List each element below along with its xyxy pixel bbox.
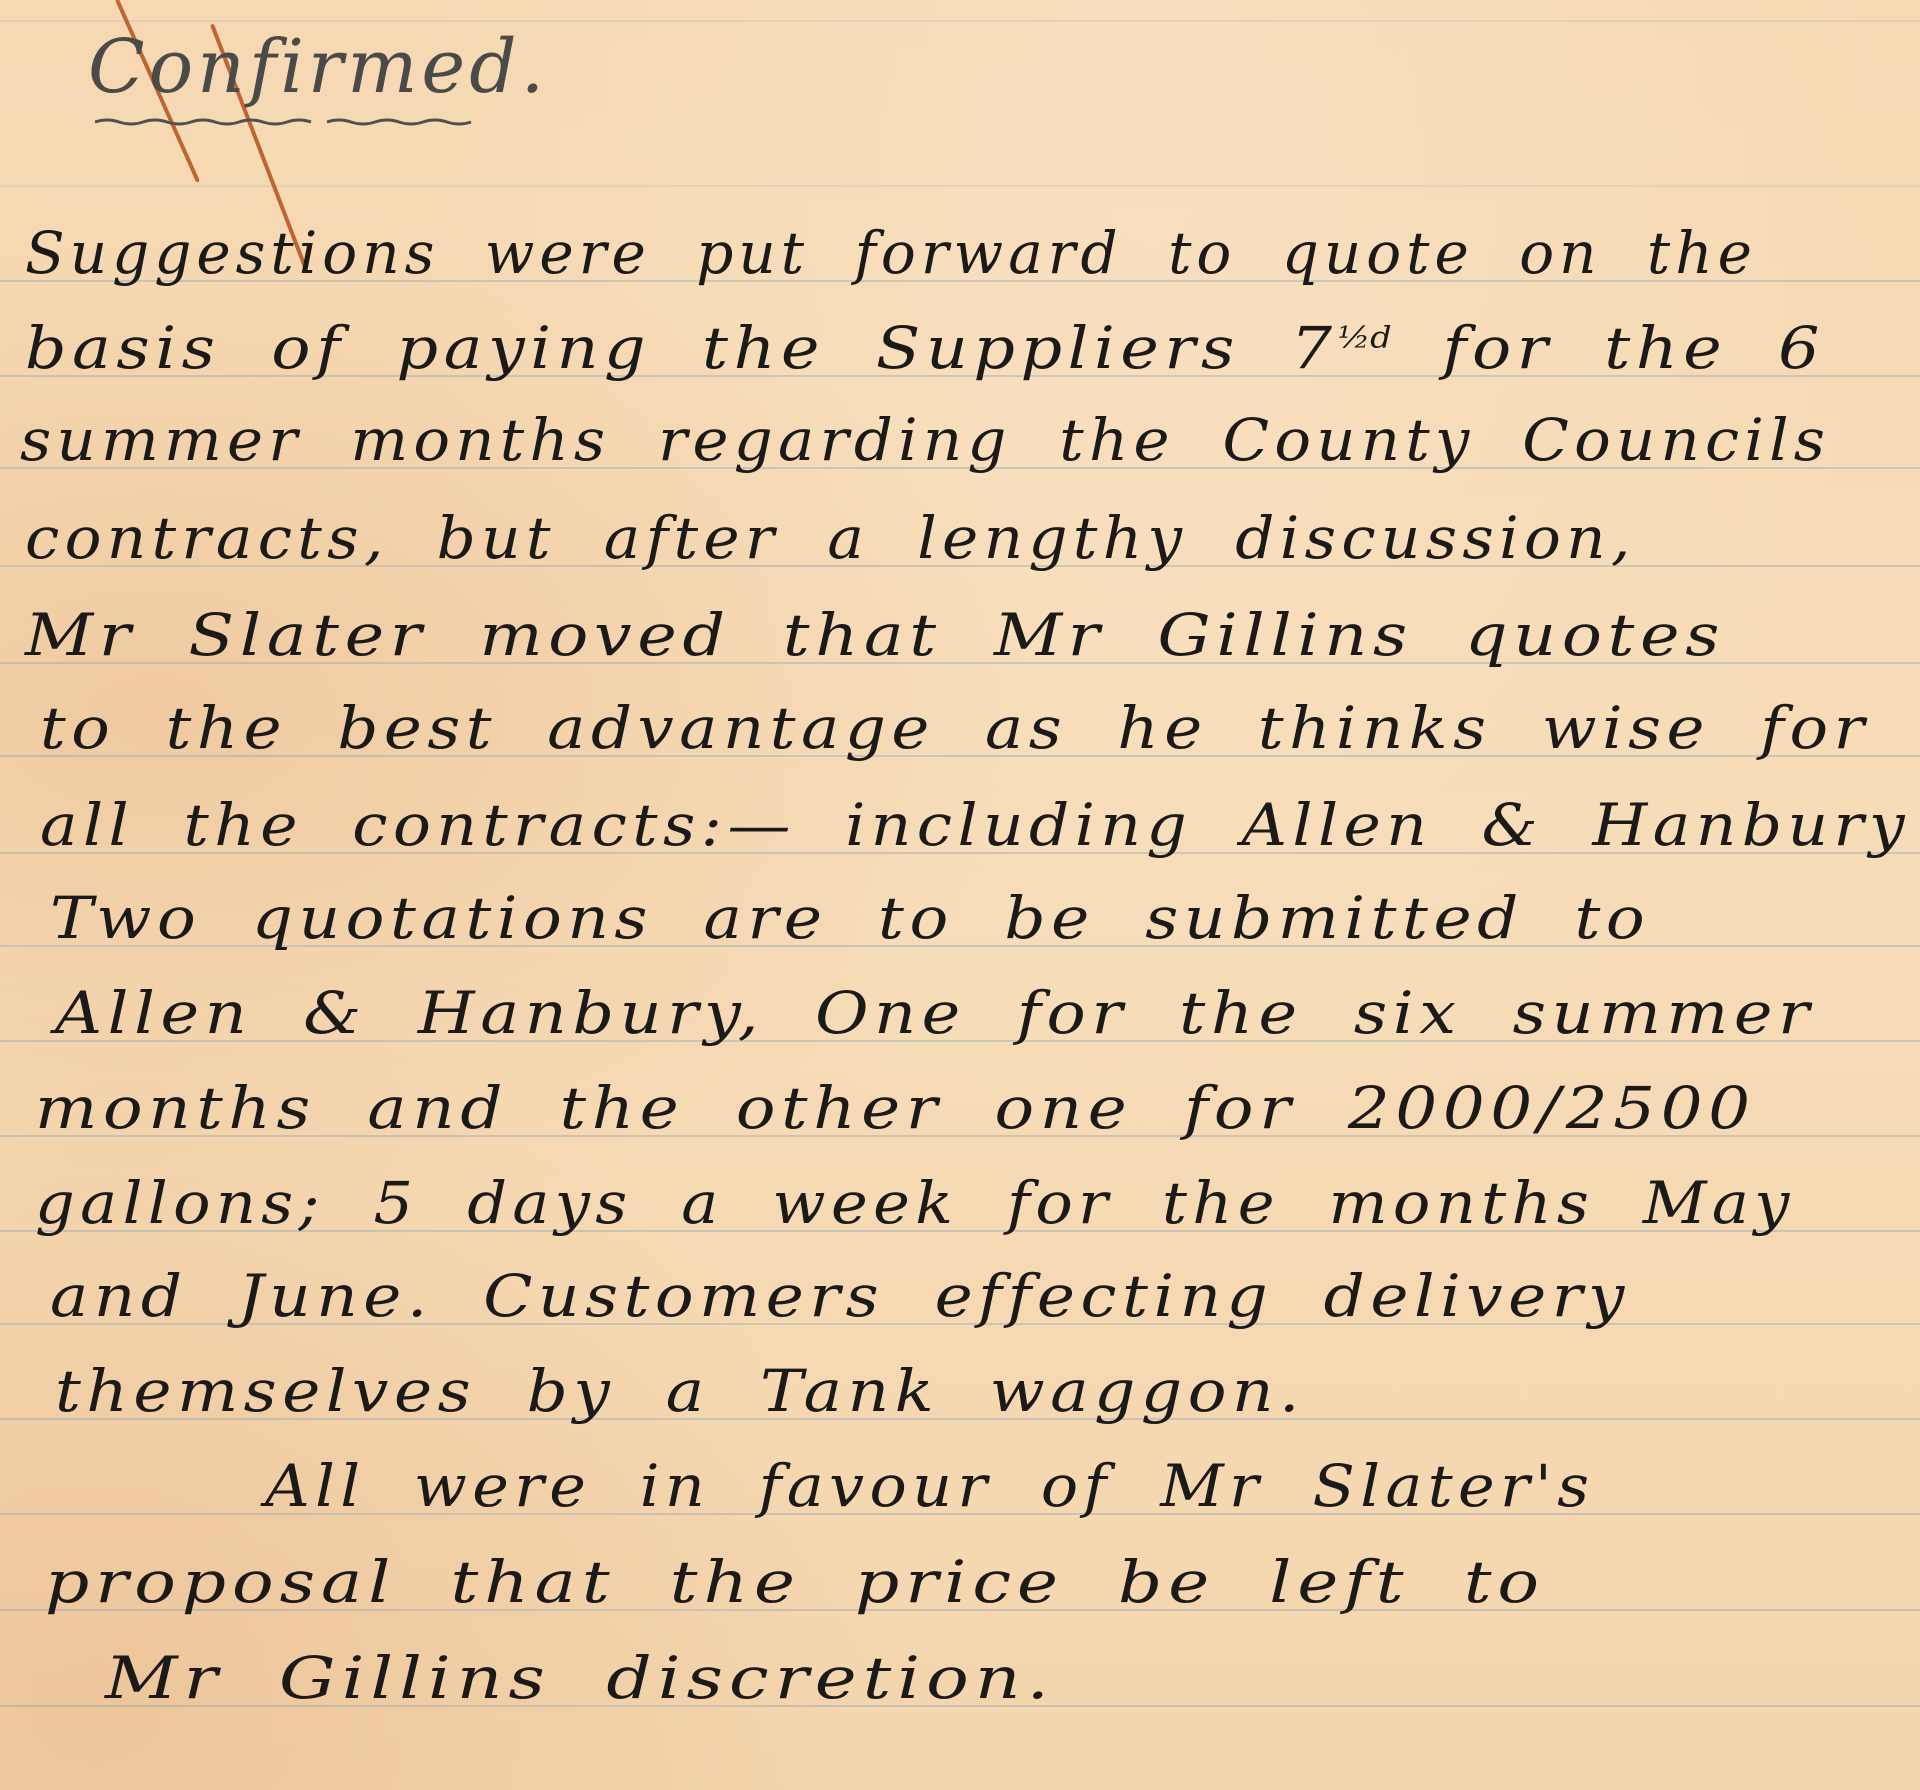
text-line-7: all the contracts:— including Allen & Ha… xyxy=(40,796,1910,854)
text-line-2-part-b: for the 6 xyxy=(1392,314,1825,382)
text-line-5: Mr Slater moved that Mr Gillins quotes xyxy=(25,606,1725,664)
text-line-15: proposal that the price be left to xyxy=(45,1553,1545,1611)
heading-wavy-underline xyxy=(95,116,480,126)
page-heading: Confirmed. xyxy=(88,30,548,104)
text-line-9: Allen & Hanbury, One for the six summer xyxy=(55,984,1815,1042)
text-line-2: basis of paying the Suppliers 7½d for th… xyxy=(25,319,1825,377)
fraction-half: ½d xyxy=(1338,321,1392,356)
text-line-8: Two quotations are to be submitted to xyxy=(50,889,1650,947)
text-line-12: and June. Customers effecting delivery xyxy=(50,1267,1630,1325)
text-line-3: summer months regarding the County Counc… xyxy=(20,411,1830,469)
text-line-14: All were in favour of Mr Slater's xyxy=(265,1457,1594,1515)
text-line-4: contracts, but after a lengthy discussio… xyxy=(25,509,1636,567)
text-line-13: themselves by a Tank waggon. xyxy=(55,1362,1305,1420)
text-line-1: Suggestions were put forward to quote on… xyxy=(25,224,1757,282)
ledger-page: Confirmed. Suggestions were put forward … xyxy=(0,0,1920,1790)
text-line-11: gallons; 5 days a week for the months Ma… xyxy=(35,1174,1795,1232)
ruled-line xyxy=(0,20,1920,22)
text-line-6: to the best advantage as he thinks wise … xyxy=(40,699,1870,757)
ruled-line xyxy=(0,185,1920,187)
text-line-10: months and the other one for 2000/2500 xyxy=(35,1079,1756,1137)
text-line-2-part-a: basis of paying the Suppliers 7 xyxy=(25,314,1338,382)
text-line-16: Mr Gillins discretion. xyxy=(105,1649,1055,1707)
